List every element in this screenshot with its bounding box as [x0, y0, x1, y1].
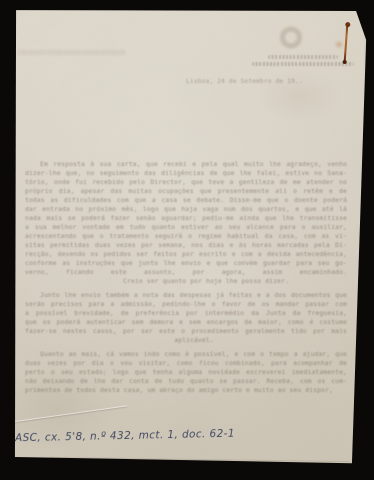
typed-line: não deixando de lhe dar conta de tudo qu… — [25, 377, 347, 386]
typed-line: verno, ficando este assunto, por agora, … — [25, 268, 347, 277]
typed-line: que os poderá autenticar sem demora e se… — [25, 318, 347, 327]
date-line: Lisboa, 24 de Setembro de 19.. — [186, 77, 336, 86]
typed-line: a possível brevidade, de preferência por… — [25, 309, 347, 318]
embossed-seal — [278, 25, 304, 50]
typed-line: a sua melhor vontade em tudo quanto esti… — [25, 223, 347, 232]
typed-line: sitas permitidas duas vezes por semana, … — [25, 241, 347, 250]
typed-line: fazer-se nestes casos, por ser este o pr… — [25, 327, 347, 336]
typed-line: primentos de todos desta casa, um abraço… — [25, 386, 347, 395]
typed-line-closing: aplicável. — [33, 336, 355, 345]
faint-ghost-text — [18, 50, 126, 55]
letter-body: Em resposta à sua carta, que recebi e pe… — [25, 160, 347, 395]
typed-line: Junto lhe envio também a nota das despes… — [25, 291, 347, 300]
typed-line: Em resposta à sua carta, que recebi e pe… — [25, 160, 347, 169]
typed-line: nada mais se poderá fazer senão aguardar… — [25, 214, 347, 223]
paragraph-2: Junto lhe envio também a nota das despes… — [25, 291, 347, 345]
typed-line: conforme as instruções que junto lhe env… — [25, 259, 347, 268]
paragraph-1: Em resposta à sua carta, que recebi e pe… — [25, 160, 347, 286]
typed-line: dizer-lhe que, no seguimento das diligên… — [25, 169, 347, 178]
typed-line: duas vezes por dia o vou visitar, como f… — [25, 359, 347, 368]
paragraph-3: Quanto ao mais, cá vamos indo como é pos… — [25, 350, 347, 395]
typed-line: Quanto ao mais, cá vamos indo como é pos… — [25, 350, 347, 359]
typed-line: recção, devendo os pedidos ser feitos po… — [25, 250, 347, 259]
typed-line: dar entrada no próximo mês, logo que haj… — [25, 205, 347, 214]
typed-line: acrescentando que o tratamento seguirá o… — [25, 232, 347, 241]
typed-line: tório, onde fui recebido pelo Director, … — [25, 178, 347, 187]
rust-smudge — [336, 42, 342, 47]
letterhead-line-1-illegible — [268, 55, 338, 59]
typed-line-closing: Creio ser quanto por hoje lhe posso dize… — [45, 277, 367, 286]
letter-page: Lisboa, 24 de Setembro de 19.. Em respos… — [0, 0, 374, 480]
typed-line: todas as dificuldades com que a casa se … — [25, 196, 347, 205]
typed-line: perto o seu estado; logo que tenha algum… — [25, 368, 347, 377]
typed-line: serão precisos para a admissão, pedindo-… — [25, 300, 347, 309]
letterhead-line-2-illegible — [252, 62, 354, 66]
scanned-letter-photo: Lisboa, 24 de Setembro de 19.. Em respos… — [0, 0, 374, 480]
typed-line: próprio dia, apesar das muitas ocupações… — [25, 187, 347, 196]
